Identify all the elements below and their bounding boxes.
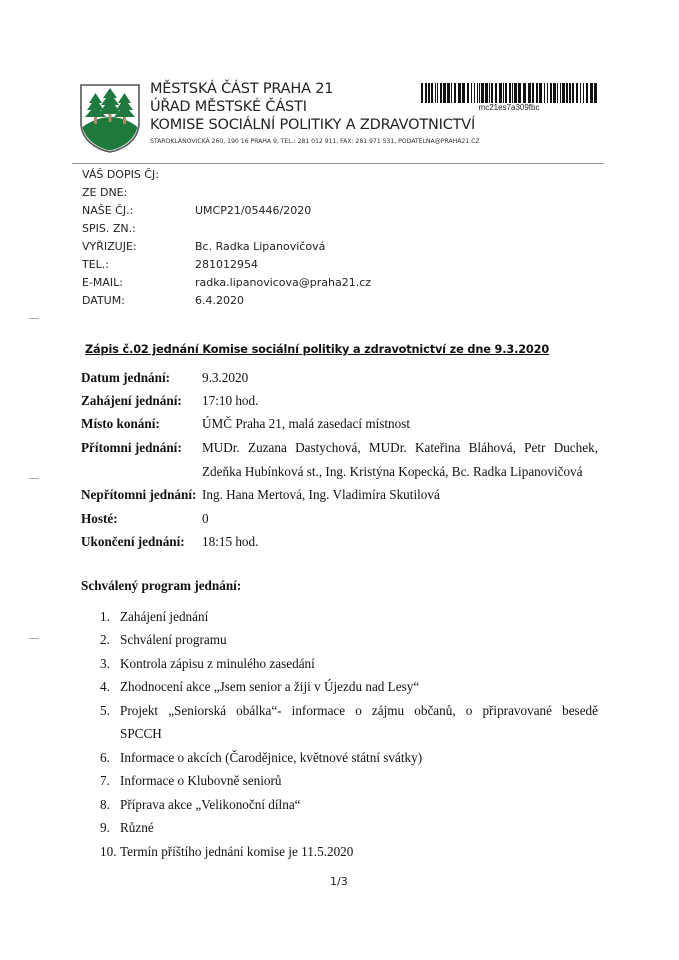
header-address: STAROKLÁNOVICKÁ 260, 190 16 PRAHA 9, TEL… — [150, 138, 480, 145]
fold-mark — [29, 478, 39, 479]
page-number: 1/3 — [330, 875, 348, 888]
program-heading: Schválený program jednání: — [81, 578, 241, 594]
coat-of-arms-logo-icon — [79, 83, 141, 153]
fold-mark — [29, 318, 39, 319]
fold-mark — [29, 638, 39, 639]
header-divider — [72, 163, 604, 164]
barcode-text: mc21es7a309fbc — [421, 103, 597, 112]
header-committee: KOMISE SOCIÁLNÍ POLITIKY A ZDRAVOTNICTVÍ — [150, 117, 475, 133]
header-office: ÚŘAD MĚSTSKÉ ČÁSTI — [150, 99, 307, 115]
header-municipality: MĚSTSKÁ ČÁST PRAHA 21 — [150, 81, 333, 97]
document-title: Zápis č.02 jednání Komise sociální polit… — [85, 343, 549, 356]
barcode-icon — [421, 83, 597, 103]
